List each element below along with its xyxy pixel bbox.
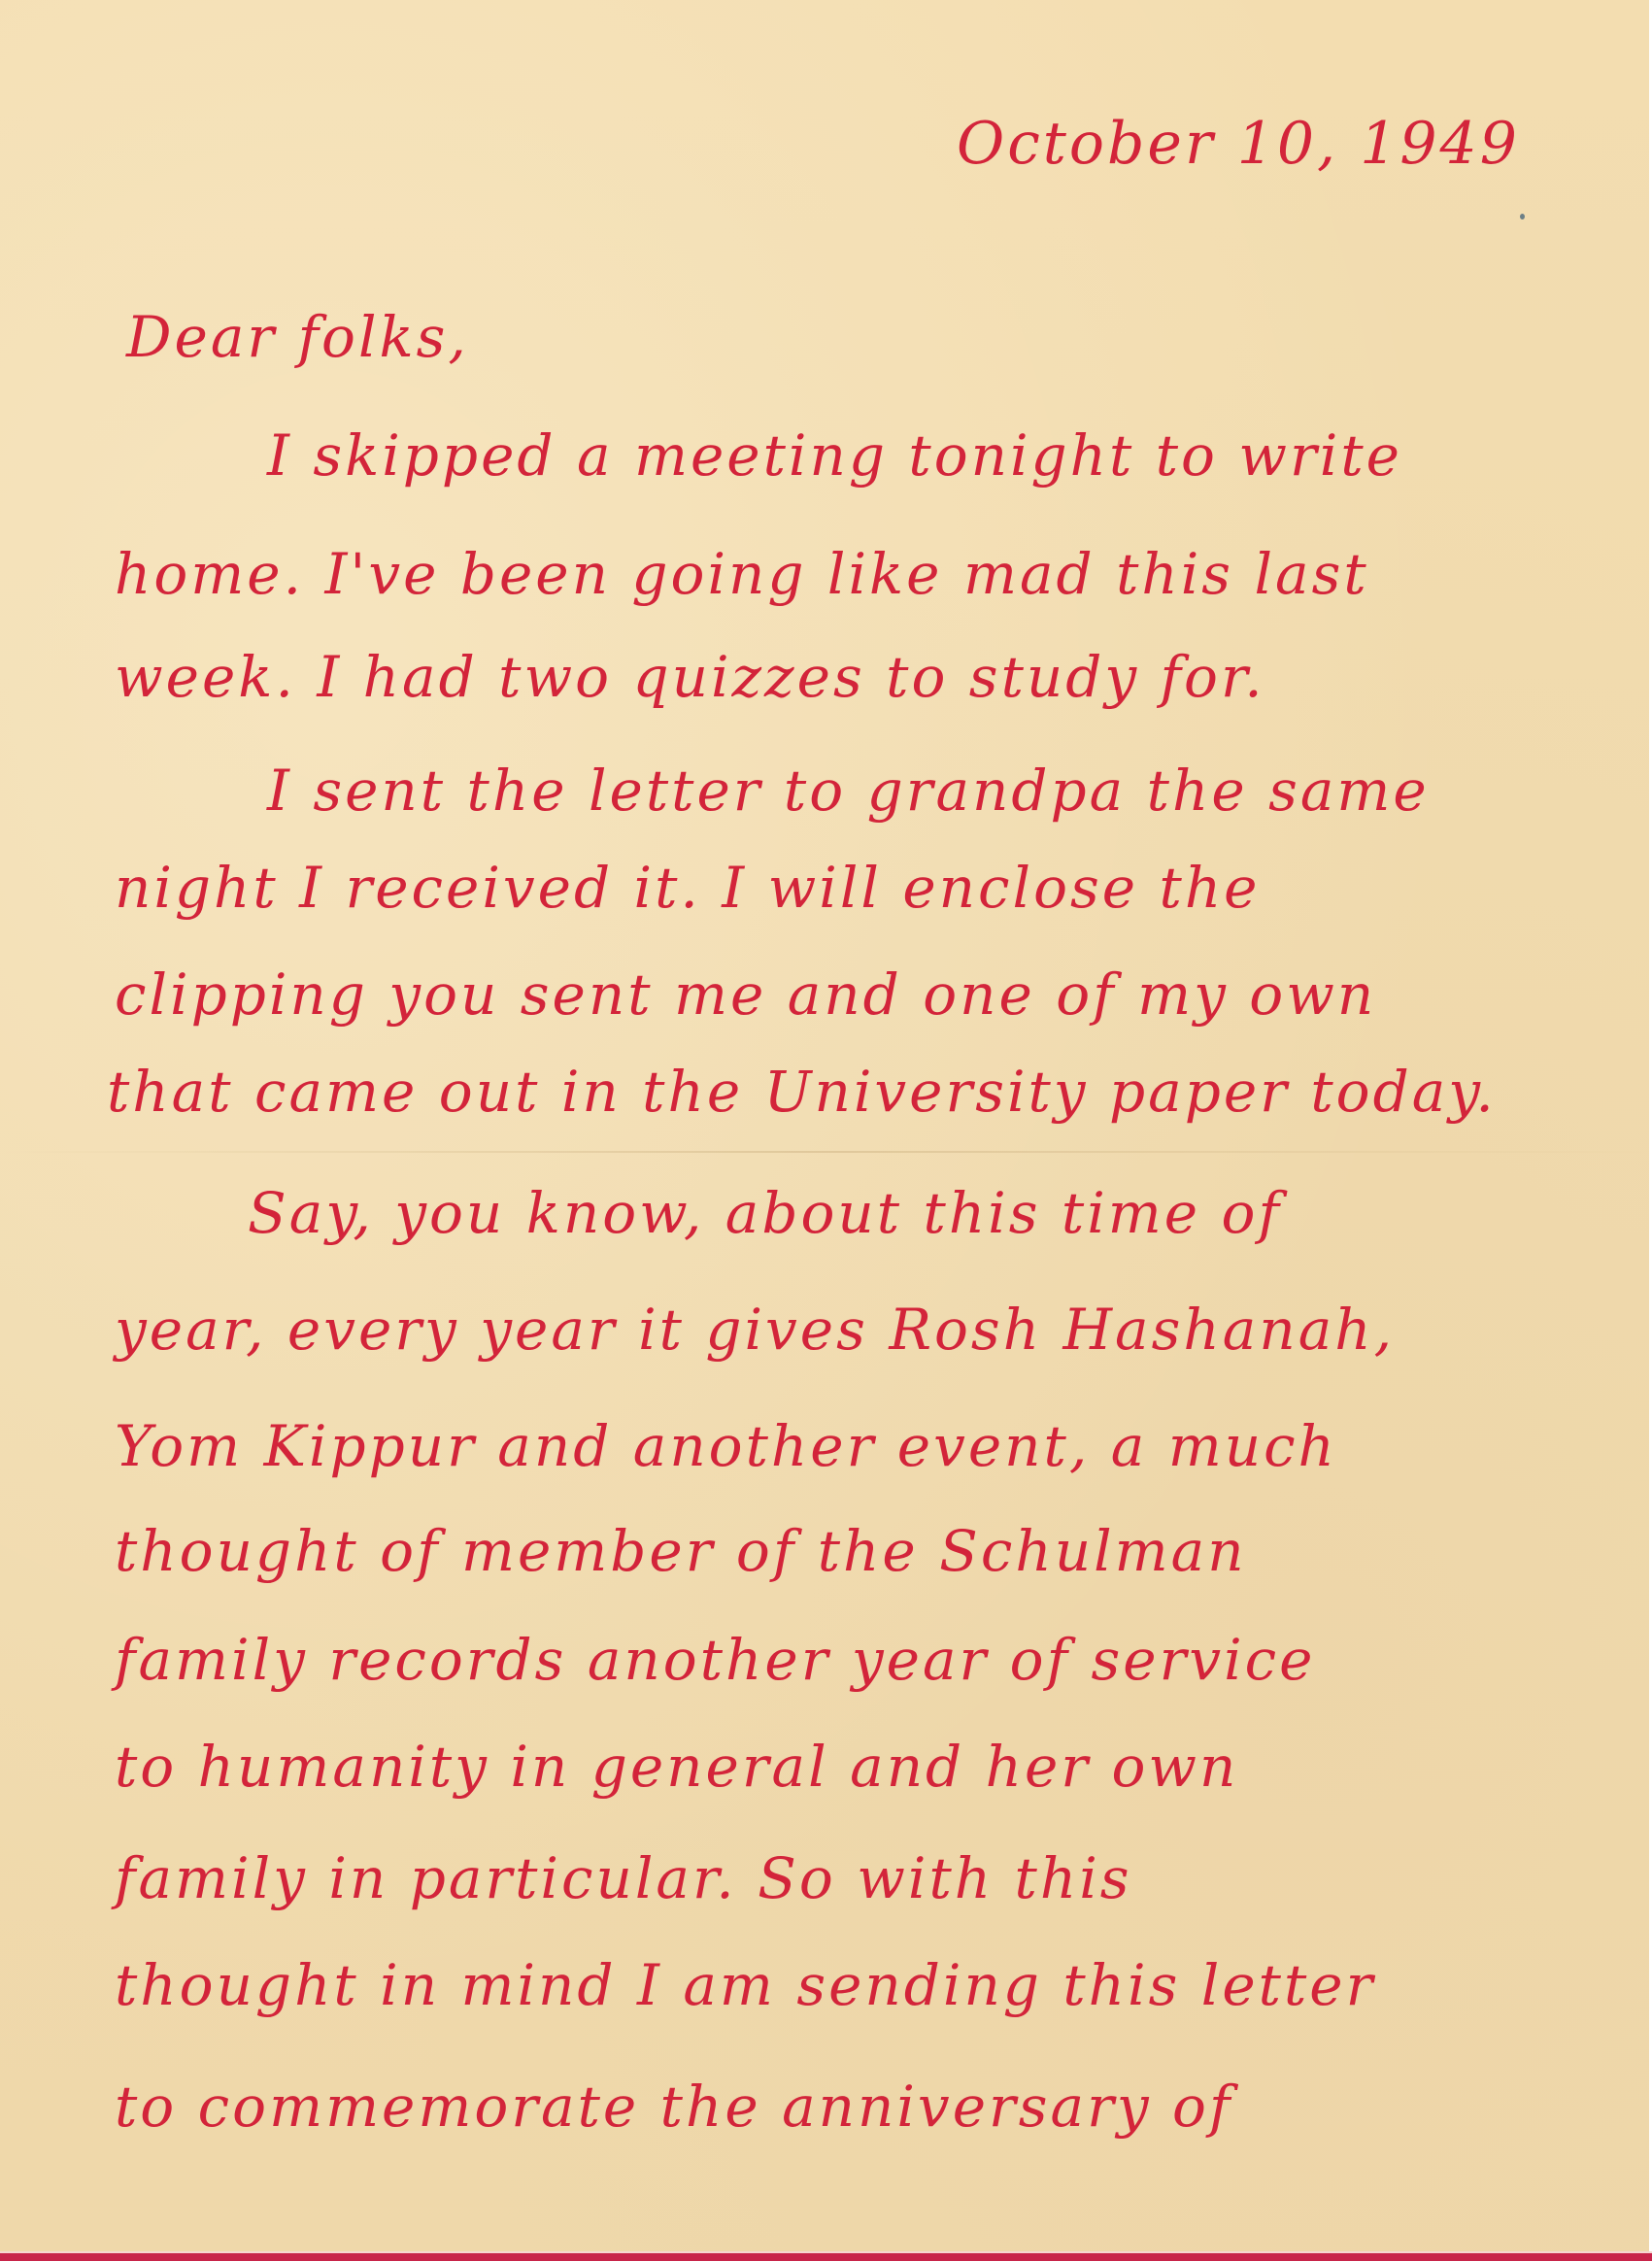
- letter-salutation: Dear folks,: [126, 309, 469, 365]
- paper-fold-line: [0, 1151, 1649, 1153]
- letter-line: I sent the letter to grandpa the same: [267, 762, 1430, 819]
- page-bottom-border: [0, 2251, 1652, 2261]
- letter-line: Yom Kippur and another event, a much: [115, 1418, 1337, 1474]
- letter-line: that came out in the University paper to…: [107, 1063, 1497, 1120]
- letter-date: October 10, 1949: [957, 115, 1520, 173]
- letter-line: year, every year it gives Rosh Hashanah,: [115, 1301, 1395, 1358]
- letter-line: clipping you sent me and one of my own: [115, 966, 1376, 1023]
- letter-line: home. I've been going like mad this last: [115, 546, 1369, 602]
- paper-speck: [1520, 214, 1525, 219]
- letter-line: thought of member of the Schulman: [115, 1523, 1247, 1579]
- letter-line: family records another year of service: [115, 1632, 1315, 1688]
- letter-line: week. I had two quizzes to study for.: [115, 649, 1265, 705]
- letter-line: night I received it. I will enclose the: [115, 860, 1261, 916]
- letter-page: October 10, 1949 Dear folks, I skipped a…: [0, 0, 1649, 2251]
- letter-line: to humanity in general and her own: [115, 1738, 1238, 1795]
- letter-line: thought in mind I am sending this letter: [115, 1957, 1375, 2013]
- letter-line: family in particular. So with this: [115, 1850, 1132, 1907]
- letter-line: I skipped a meeting tonight to write: [267, 427, 1402, 484]
- letter-line: Say, you know, about this time of: [248, 1185, 1282, 1241]
- letter-line: to commemorate the anniversary of: [115, 2078, 1232, 2135]
